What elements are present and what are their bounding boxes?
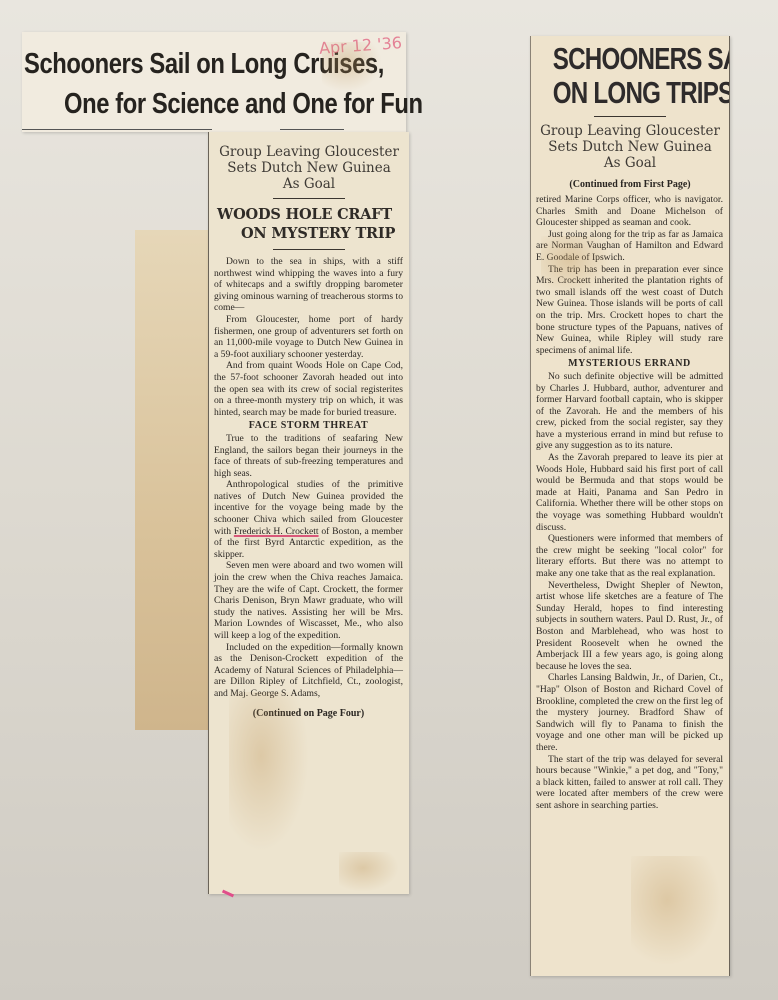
- divider: [273, 198, 345, 199]
- paragraph: From Gloucester, home port of hardy fish…: [214, 314, 403, 360]
- headline-line: WOODS HOLE CRAFT: [217, 206, 392, 223]
- subhead-line: Group Leaving Gloucester: [209, 144, 409, 160]
- article-body: Down to the sea in ships, with a stiff n…: [209, 256, 409, 719]
- paragraph: Just going along for the trip as far as …: [536, 229, 723, 264]
- continued-from-note: (Continued from First Page): [531, 179, 729, 190]
- stain: [631, 856, 721, 966]
- article-headline: WOODS HOLE CRAFT ON MYSTERY TRIP: [209, 205, 409, 243]
- article-headline: SCHOONERS SAIL ON LONG TRIPS: [531, 42, 729, 110]
- paragraph: And from quaint Woods Hole on Cape Cod, …: [214, 360, 403, 418]
- article-column-front-page: Group Leaving Gloucester Sets Dutch New …: [208, 132, 409, 894]
- paragraph: Seven men were aboard and two women will…: [214, 560, 403, 641]
- divider: [273, 249, 345, 250]
- divider: [594, 116, 666, 117]
- section-heading: MYSTERIOUS ERRAND: [536, 358, 723, 370]
- subhead-line: Sets Dutch New Guinea: [209, 160, 409, 176]
- subhead-line: Sets Dutch New Guinea: [531, 139, 729, 155]
- subhead-line: As Goal: [531, 155, 729, 171]
- handwritten-date: Apr 12 '36: [318, 33, 402, 58]
- divider: [280, 129, 344, 130]
- paragraph: Down to the sea in ships, with a stiff n…: [214, 256, 403, 314]
- backing-paper-patch: [135, 230, 210, 730]
- paragraph: True to the traditions of seafaring New …: [214, 433, 403, 479]
- headline-line: SCHOONERS SAIL: [553, 42, 707, 76]
- paragraph: Questioners were informed that members o…: [536, 533, 723, 579]
- stain: [339, 852, 399, 892]
- paragraph: Nevertheless, Dwight Shepler of Newton, …: [536, 580, 723, 673]
- paragraph: Anthropological studies of the primitive…: [214, 479, 403, 560]
- paragraph: The trip has been in preparation ever si…: [536, 264, 723, 357]
- headline-line-2: One for Science and One for Fun: [64, 88, 423, 121]
- paragraph: As the Zavorah prepared to leave its pie…: [536, 452, 723, 533]
- paragraph: Included on the expedition—formally know…: [214, 642, 403, 700]
- article-column-continued: SCHOONERS SAIL ON LONG TRIPS Group Leavi…: [530, 36, 730, 976]
- headline-line: ON MYSTERY TRIP: [217, 224, 409, 243]
- divider: [22, 129, 212, 130]
- subheadline: Group Leaving Gloucester Sets Dutch New …: [209, 144, 409, 192]
- continued-note: (Continued on Page Four): [214, 708, 403, 720]
- subhead-line: As Goal: [209, 176, 409, 192]
- paragraph: retired Marine Corps officer, who is nav…: [536, 194, 723, 229]
- headline-line: ON LONG TRIPS: [553, 76, 707, 110]
- paragraph: Charles Lansing Baldwin, Jr., of Darien,…: [536, 672, 723, 753]
- section-heading: FACE STORM THREAT: [214, 420, 403, 432]
- paragraph: The start of the trip was delayed for se…: [536, 754, 723, 812]
- paragraph: No such definite objective will be admit…: [536, 371, 723, 452]
- article-body: retired Marine Corps officer, who is nav…: [531, 194, 729, 811]
- subheadline: Group Leaving Gloucester Sets Dutch New …: [531, 123, 729, 171]
- subhead-line: Group Leaving Gloucester: [531, 123, 729, 139]
- headline-clipping: Schooners Sail on Long Cruises, One for …: [22, 32, 406, 132]
- underlined-name: Frederick H. Crockett: [234, 526, 319, 537]
